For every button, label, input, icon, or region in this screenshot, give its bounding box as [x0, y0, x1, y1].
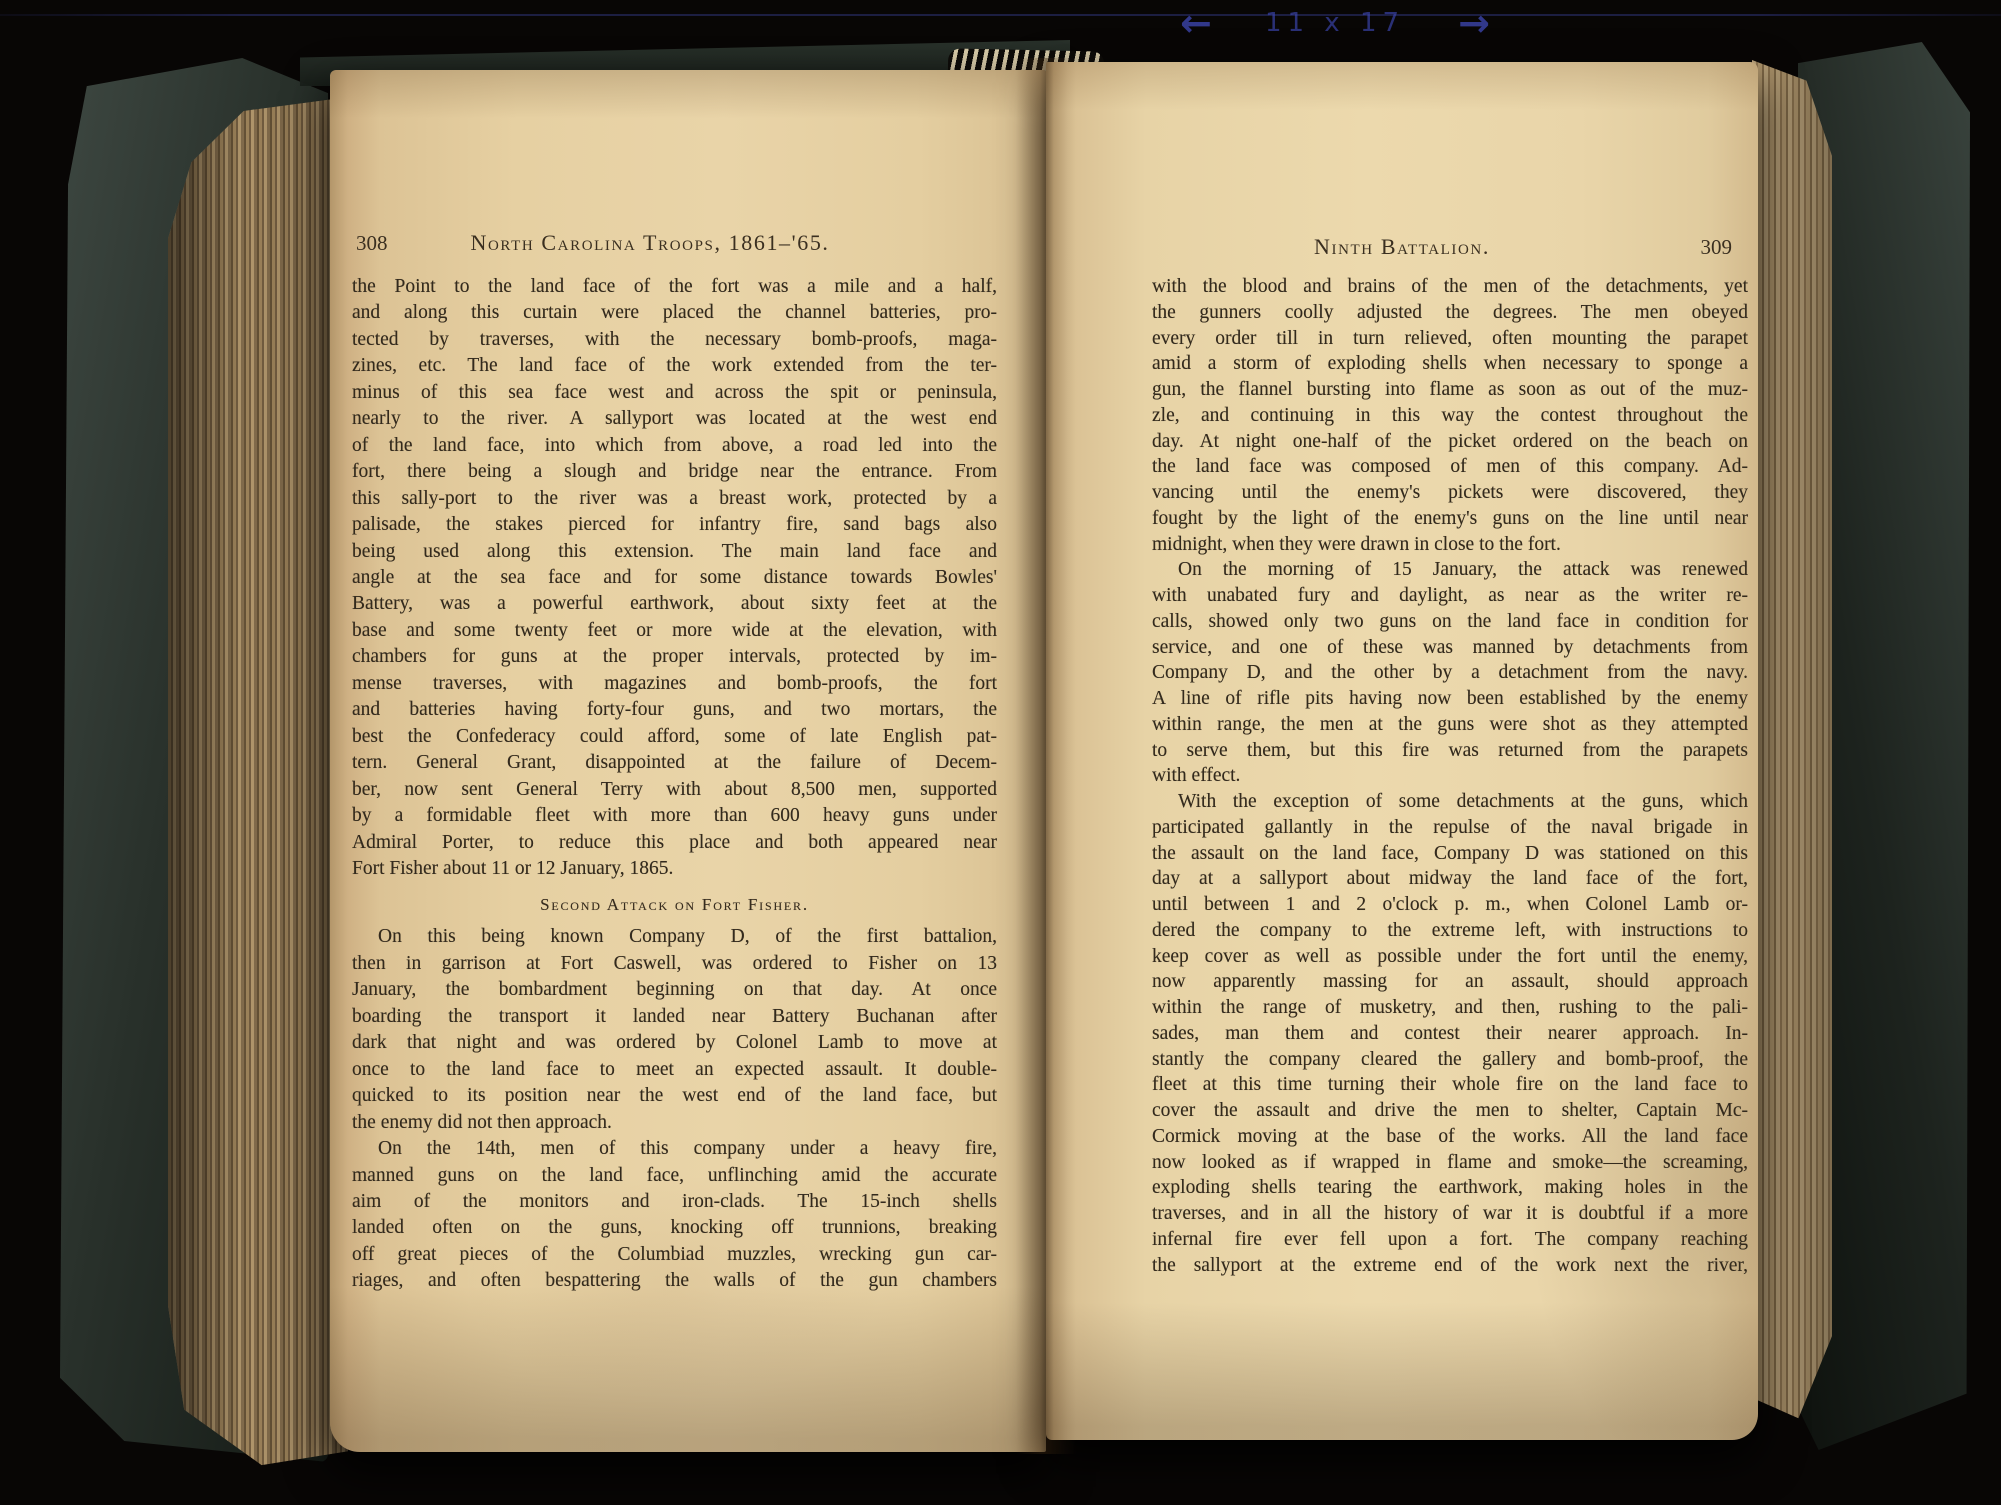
text-line: A line of rifle pits having now been est…: [1152, 686, 1748, 712]
text-line: midnight, when they were drawn in close …: [1152, 532, 1748, 558]
text-line: then in garrison at Fort Caswell, was or…: [352, 951, 997, 977]
text-line: this sally-port to the river was a breas…: [352, 486, 997, 512]
left-page: 308 North Carolina Troops, 1861–'65. the…: [330, 70, 1046, 1452]
text-line: exploding shells tearing the earthwork, …: [1152, 1175, 1748, 1201]
text-line: dered the company to the extreme left, w…: [1152, 918, 1748, 944]
text-line: the land face was composed of men of thi…: [1152, 454, 1748, 480]
text-line: Cormick moving at the base of the works.…: [1152, 1124, 1748, 1150]
text-line: keep cover as well as possible under the…: [1152, 944, 1748, 970]
text-line: day. At night one-half of the picket ord…: [1152, 429, 1748, 455]
text-line: the enemy did not then approach.: [352, 1110, 997, 1136]
text-line: and along this curtain were placed the c…: [352, 300, 997, 326]
text-line: quicked to its position near the west en…: [352, 1083, 997, 1109]
text-line: and batteries having forty-four guns, an…: [352, 697, 997, 723]
scanner-guide-line: [0, 14, 2001, 16]
text-line: On this being known Company D, of the fi…: [352, 924, 997, 950]
text-line: zines, etc. The land face of the work ex…: [352, 353, 997, 379]
text-line: mense traverses, with magazines and bomb…: [352, 671, 997, 697]
page-edges-left: [168, 86, 348, 1472]
text-line: boarding the transport it landed near Ba…: [352, 1004, 997, 1030]
text-line: fort, there being a slough and bridge ne…: [352, 459, 997, 485]
text-line: fought by the light of the enemy's guns …: [1152, 506, 1748, 532]
text-line: the assault on the land face, Company D …: [1152, 841, 1748, 867]
text-line: within range, the men at the guns were s…: [1152, 712, 1748, 738]
page-body: the Point to the land face of the fort w…: [352, 274, 997, 1295]
text-line: with effect.: [1152, 763, 1748, 789]
text-line: ber, now sent General Terry with about 8…: [352, 777, 997, 803]
text-line: tern. General Grant, disappointed at the…: [352, 750, 997, 776]
text-line: Company D, and the other by a detachment…: [1152, 660, 1748, 686]
text-line: Battery, was a powerful earthwork, about…: [352, 591, 997, 617]
text-line: the sallyport at the extreme end of the …: [1152, 1253, 1748, 1279]
text-line: base and some twenty feet or more wide a…: [352, 618, 997, 644]
text-line: gun, the flannel bursting into flame as …: [1152, 377, 1748, 403]
text-line: of the land face, into which from above,…: [352, 433, 997, 459]
text-line: service, and one of these was manned by …: [1152, 635, 1748, 661]
left-page-header: 308 North Carolina Troops, 1861–'65.: [330, 230, 1046, 262]
text-line: vancing until the enemy's pickets were d…: [1152, 480, 1748, 506]
text-line: landed often on the guns, knocking off t…: [352, 1215, 997, 1241]
text-line: until between 1 and 2 o'clock p. m., whe…: [1152, 892, 1748, 918]
text-line: palisade, the stakes pierced for infantr…: [352, 512, 997, 538]
text-line: being used along this extension. The mai…: [352, 539, 997, 565]
text-line: With the exception of some detachments a…: [1152, 789, 1748, 815]
text-line: minus of this sea face west and across t…: [352, 380, 997, 406]
section-heading: Second Attack on Fort Fisher.: [352, 895, 997, 915]
text-line: calls, showed only two guns on the land …: [1152, 609, 1748, 635]
text-line: On the morning of 15 January, the attack…: [1152, 557, 1748, 583]
text-line: On the 14th, men of this company under a…: [352, 1136, 997, 1162]
text-line: zle, and continuing in this way the cont…: [1152, 403, 1748, 429]
text-line: the Point to the land face of the fort w…: [352, 274, 997, 300]
right-arrow-icon: →: [1458, 3, 1490, 43]
text-line: Admiral Porter, to reduce this place and…: [352, 830, 997, 856]
text-line: to serve them, but this fire was returne…: [1152, 738, 1748, 764]
text-line: cover the assault and drive the men to s…: [1152, 1098, 1748, 1124]
text-line: once to the land face to meet an expecte…: [352, 1057, 997, 1083]
text-line: now apparently massing for an assault, s…: [1152, 969, 1748, 995]
scanner-size-label: 11 x 17: [1265, 8, 1405, 38]
text-line: chambers for guns at the proper interval…: [352, 644, 997, 670]
scanner-bed: { "scanner": { "size_label": "11 x 17", …: [0, 0, 2001, 1505]
text-line: tected by traverses, with the necessary …: [352, 327, 997, 353]
right-page: Ninth Battalion. 309 with the blood and …: [1046, 62, 1758, 1440]
text-line: off great pieces of the Columbiad muzzle…: [352, 1242, 997, 1268]
text-line: sades, man them and contest their nearer…: [1152, 1021, 1748, 1047]
text-line: stantly the company cleared the gallery …: [1152, 1047, 1748, 1073]
page-edges-right: [1752, 60, 1832, 1432]
text-line: aim of the monitors and iron-clads. The …: [352, 1189, 997, 1215]
text-line: riages, and often bespattering the walls…: [352, 1268, 997, 1294]
text-line: nearly to the river. A sallyport was loc…: [352, 406, 997, 432]
text-line: by a formidable fleet with more than 600…: [352, 803, 997, 829]
page-body: with the blood and brains of the men of …: [1152, 274, 1748, 1278]
text-line: amid a storm of exploding shells when ne…: [1152, 351, 1748, 377]
text-line: now looked as if wrapped in flame and sm…: [1152, 1150, 1748, 1176]
text-line: fleet at this time turning their whole f…: [1152, 1072, 1748, 1098]
text-line: dark that night and was ordered by Colon…: [352, 1030, 997, 1056]
left-arrow-icon: ←: [1180, 3, 1212, 43]
text-line: within the range of musketry, and then, …: [1152, 995, 1748, 1021]
page-number: 309: [1701, 235, 1733, 260]
text-line: participated gallantly in the repulse of…: [1152, 815, 1748, 841]
text-line: January, the bombardment beginning on th…: [352, 977, 997, 1003]
right-page-header: Ninth Battalion. 309: [1046, 234, 1758, 266]
text-line: infernal fire ever fell upon a fort. The…: [1152, 1227, 1748, 1253]
text-line: angle at the sea face and for some dista…: [352, 565, 997, 591]
text-line: traverses, and in all the history of war…: [1152, 1201, 1748, 1227]
scanner-size-marks: ← 11 x 17 →: [1180, 0, 1490, 46]
text-line: Fort Fisher about 11 or 12 January, 1865…: [352, 856, 997, 882]
text-line: day at a sallyport about midway the land…: [1152, 866, 1748, 892]
text-line: every order till in turn relieved, often…: [1152, 326, 1748, 352]
running-header: North Carolina Troops, 1861–'65.: [292, 230, 1008, 256]
text-line: the gunners coolly adjusted the degrees.…: [1152, 300, 1748, 326]
text-line: manned guns on the land face, unflinchin…: [352, 1163, 997, 1189]
text-line: best the Confederacy could afford, some …: [352, 724, 997, 750]
running-header: Ninth Battalion.: [1046, 234, 1758, 260]
text-line: with the blood and brains of the men of …: [1152, 274, 1748, 300]
text-line: with unabated fury and daylight, as near…: [1152, 583, 1748, 609]
